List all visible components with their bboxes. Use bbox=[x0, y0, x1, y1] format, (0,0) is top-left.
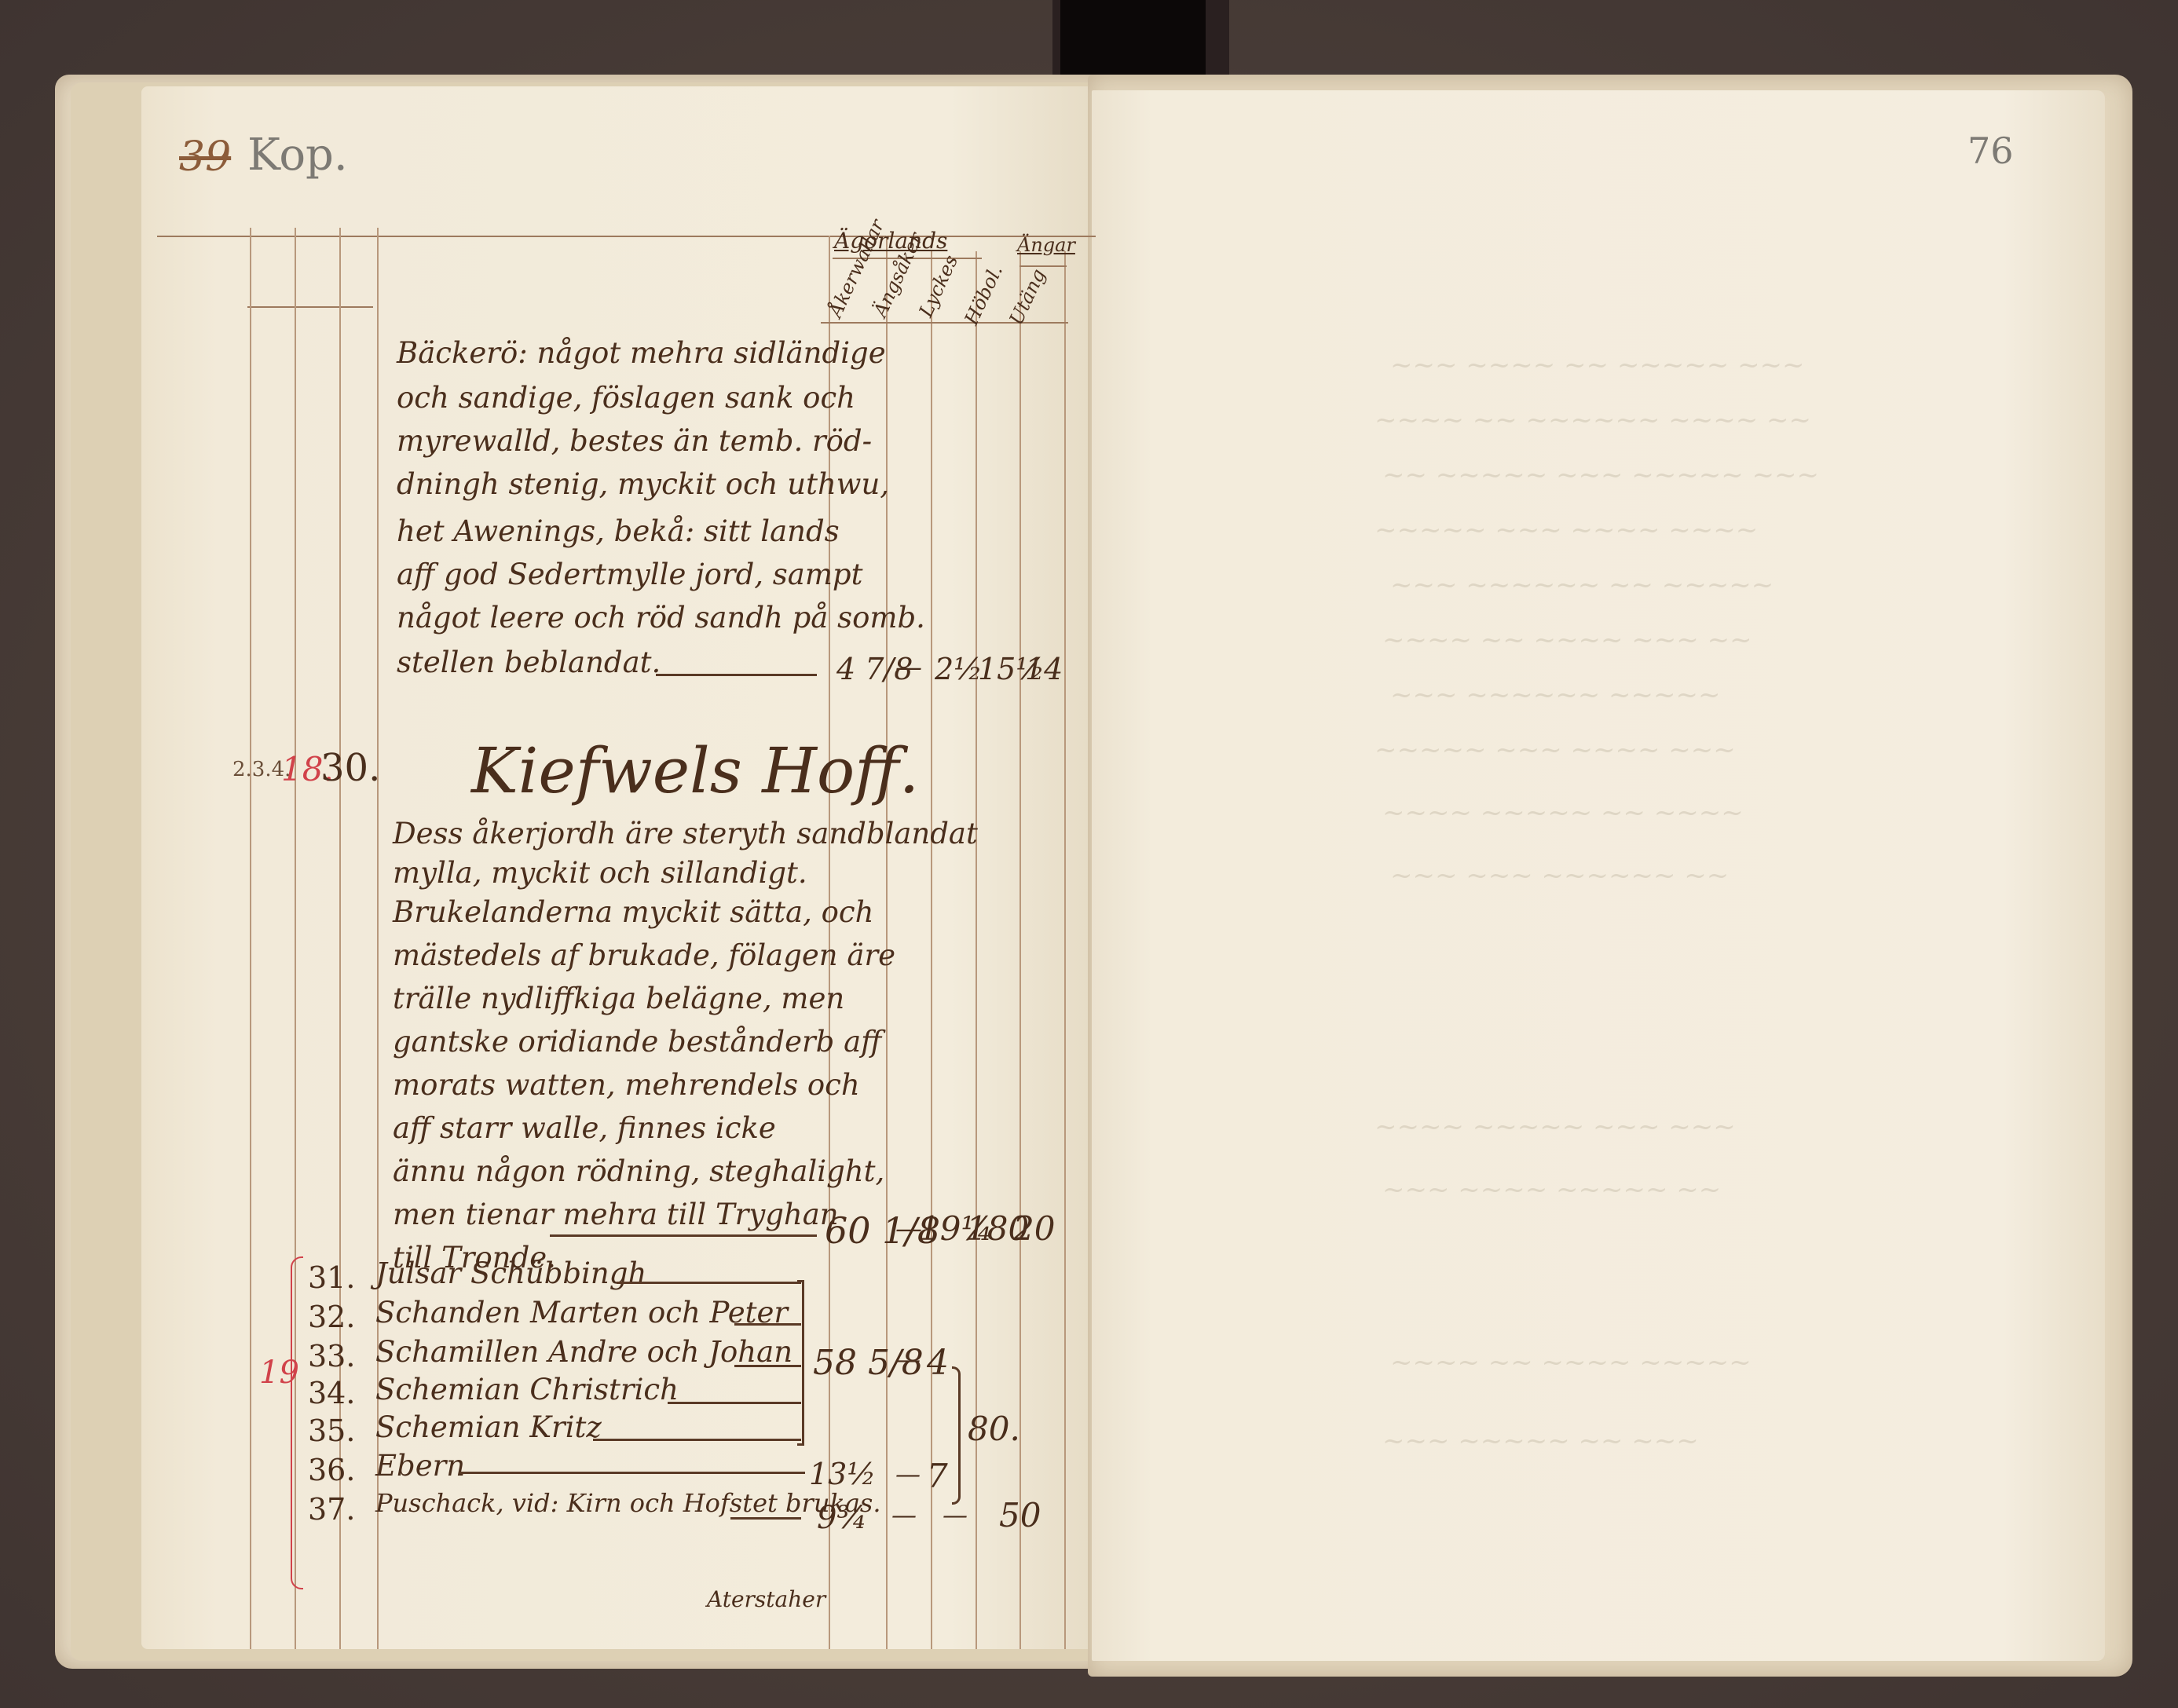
leader-line bbox=[734, 1365, 801, 1367]
entry1-line: aff god Sedertmylle jord, sampt bbox=[397, 558, 862, 591]
col-rule-5 bbox=[1064, 251, 1066, 1649]
row-name: Schamillen Andre och Johan bbox=[375, 1335, 792, 1369]
row36-value-0: 13½ bbox=[809, 1457, 876, 1491]
entry2-line: Brukelanderna myckit sätta, och bbox=[393, 895, 873, 929]
row-name: Ebern bbox=[375, 1449, 465, 1483]
row37-value-2: — bbox=[943, 1500, 968, 1530]
group-value-1: — bbox=[895, 1344, 921, 1374]
entry2-line: mästedels af brukade, fölagen äre bbox=[393, 938, 895, 972]
entry1-line: och sandige, föslagen sank och bbox=[397, 381, 855, 415]
entry2-line: morats watten, mehrendels och bbox=[393, 1068, 860, 1102]
entry2-value-1: — bbox=[895, 1213, 922, 1245]
leader-line bbox=[617, 1282, 801, 1284]
leader-line bbox=[459, 1472, 805, 1474]
col-rule-2 bbox=[931, 251, 932, 1649]
entry1-line: stellen beblandat. bbox=[397, 646, 661, 679]
entry1-value-1: — bbox=[895, 652, 922, 683]
header-rule-left bbox=[247, 306, 373, 308]
row-number: 32. bbox=[308, 1300, 355, 1334]
bleed-through-text: ~~~~ ~~ ~~~~ ~~~ ~~ bbox=[1382, 624, 1752, 656]
bleed-through-text: ~~~~ ~~ ~~~~~~ ~~~~ ~~ bbox=[1375, 404, 1811, 436]
row-name: Schemian Christrich bbox=[375, 1373, 679, 1406]
row36-value-2: 7 bbox=[927, 1457, 948, 1495]
row-number: 37. bbox=[308, 1492, 355, 1527]
red-brace bbox=[291, 1256, 303, 1589]
bleed-through-text: ~~~ ~~~~~~ ~~~~~ bbox=[1390, 679, 1720, 711]
folio-pencil-label: Kop. bbox=[247, 130, 348, 181]
row-name: Puschack, vid: Kirn och Hofstet brukas. bbox=[375, 1488, 880, 1518]
row-number: 31. bbox=[308, 1260, 355, 1295]
leader-line bbox=[593, 1439, 801, 1441]
row-number: 33. bbox=[308, 1339, 355, 1373]
entry1-value-4: 14 bbox=[1025, 652, 1063, 686]
entry1-value-2: 2½ bbox=[935, 652, 983, 686]
row-bracket bbox=[797, 1280, 804, 1446]
row36-value-1: — bbox=[895, 1459, 921, 1489]
bleed-through-text: ~~ ~~~~~ ~~~ ~~~~~ ~~~ bbox=[1382, 459, 1819, 491]
bleed-through-text: ~~~ ~~~~~~ ~~ ~~~~~ bbox=[1390, 569, 1774, 601]
row37-value-3: 50 bbox=[999, 1496, 1041, 1534]
row-number: 36. bbox=[308, 1453, 355, 1487]
margin-rule-1 bbox=[250, 228, 251, 1649]
leader-line bbox=[656, 674, 817, 676]
entry1-line: dningh stenig, myckit och uthwu, bbox=[397, 467, 889, 501]
entry2-line: trälle nydliffkiga belägne, men bbox=[393, 982, 844, 1015]
leader-line bbox=[730, 1517, 801, 1520]
bleed-through-text: ~~~~ ~~~~~ ~~~ ~~~ bbox=[1375, 1111, 1736, 1143]
folio-number-right: 76 bbox=[1968, 130, 2014, 172]
row-name: Schemian Kritz bbox=[375, 1410, 602, 1444]
entry1-line: myrewalld, bestes än temb. röd- bbox=[397, 424, 872, 458]
entry2-line: gantske oridiande bestånderb aff bbox=[393, 1025, 881, 1059]
entry2-line: aff starr walle, finnes icke bbox=[393, 1111, 776, 1145]
entry2-value-4: 20 bbox=[1013, 1209, 1055, 1248]
row-name: Julsar Schübbingh bbox=[375, 1256, 646, 1290]
header-bottom-rule bbox=[821, 322, 1068, 324]
leader-line bbox=[668, 1402, 801, 1404]
entry2-line: ännu någon rödning, steghalight, bbox=[393, 1154, 884, 1188]
bleed-through-text: ~~~ ~~~ ~~~~~~ ~~ bbox=[1390, 860, 1729, 891]
top-rule bbox=[157, 236, 1096, 237]
bleed-through-text: ~~~~~ ~~~ ~~~~ ~~~ bbox=[1375, 734, 1736, 766]
folio-number-crossed: 39 bbox=[179, 133, 231, 181]
total-brace bbox=[952, 1366, 961, 1505]
catchword: Aterstaher bbox=[707, 1586, 825, 1612]
entry-number: 30. bbox=[320, 746, 380, 790]
row37-value-0: 9¾ bbox=[817, 1500, 867, 1536]
row-name: Schanden Marten och Peter bbox=[375, 1296, 788, 1329]
column-group-header-1: Ägorlands bbox=[834, 228, 947, 254]
entry2-line: men tienar mehra till Tryghan bbox=[393, 1198, 839, 1231]
bleed-through-text: ~~~ ~~~~ ~~~~~ ~~ bbox=[1382, 1174, 1721, 1205]
row37-value-1: — bbox=[891, 1500, 917, 1530]
column-group-header-2: Ängar bbox=[1017, 234, 1075, 256]
right-page: ~~~ ~~~~ ~~ ~~~~~ ~~~ ~~~~ ~~ ~~~~~~ ~~~… bbox=[1092, 90, 2105, 1661]
header-group-rule-2 bbox=[1019, 265, 1067, 267]
entry1-line: Bäckerö: något mehra sidländige bbox=[397, 336, 886, 370]
group-value-2: 4 bbox=[927, 1343, 949, 1383]
bleed-through-text: ~~~~~ ~~~ ~~~~ ~~~~ bbox=[1375, 514, 1758, 546]
bleed-through-text: ~~~ ~~~~~ ~~ ~~~ bbox=[1382, 1425, 1699, 1457]
red-group-number: 19 bbox=[259, 1355, 299, 1391]
leader-line bbox=[734, 1323, 801, 1326]
entry1-line: något leere och röd sandh på somb. bbox=[397, 601, 925, 635]
row-number: 34. bbox=[308, 1376, 355, 1410]
brace-total: 80. bbox=[968, 1410, 1020, 1448]
bleed-through-text: ~~~ ~~~~ ~~ ~~~~~ ~~~ bbox=[1390, 349, 1805, 381]
bleed-through-text: ~~~~ ~~ ~~~~ ~~~~~ bbox=[1390, 1347, 1752, 1378]
entry2-line: Dess åkerjordh äre steryth sandblandat bbox=[393, 817, 978, 850]
entry-heading: Kiefwels Hoff. bbox=[471, 734, 919, 807]
entry1-line: het Awenings, bekå: sitt lands bbox=[397, 514, 840, 548]
entry2-line: mylla, myckit och sillandigt. bbox=[393, 856, 807, 890]
leader-line bbox=[550, 1234, 817, 1237]
row-number: 35. bbox=[308, 1414, 355, 1448]
bleed-through-text: ~~~~ ~~~~~ ~~ ~~~~ bbox=[1382, 797, 1744, 828]
